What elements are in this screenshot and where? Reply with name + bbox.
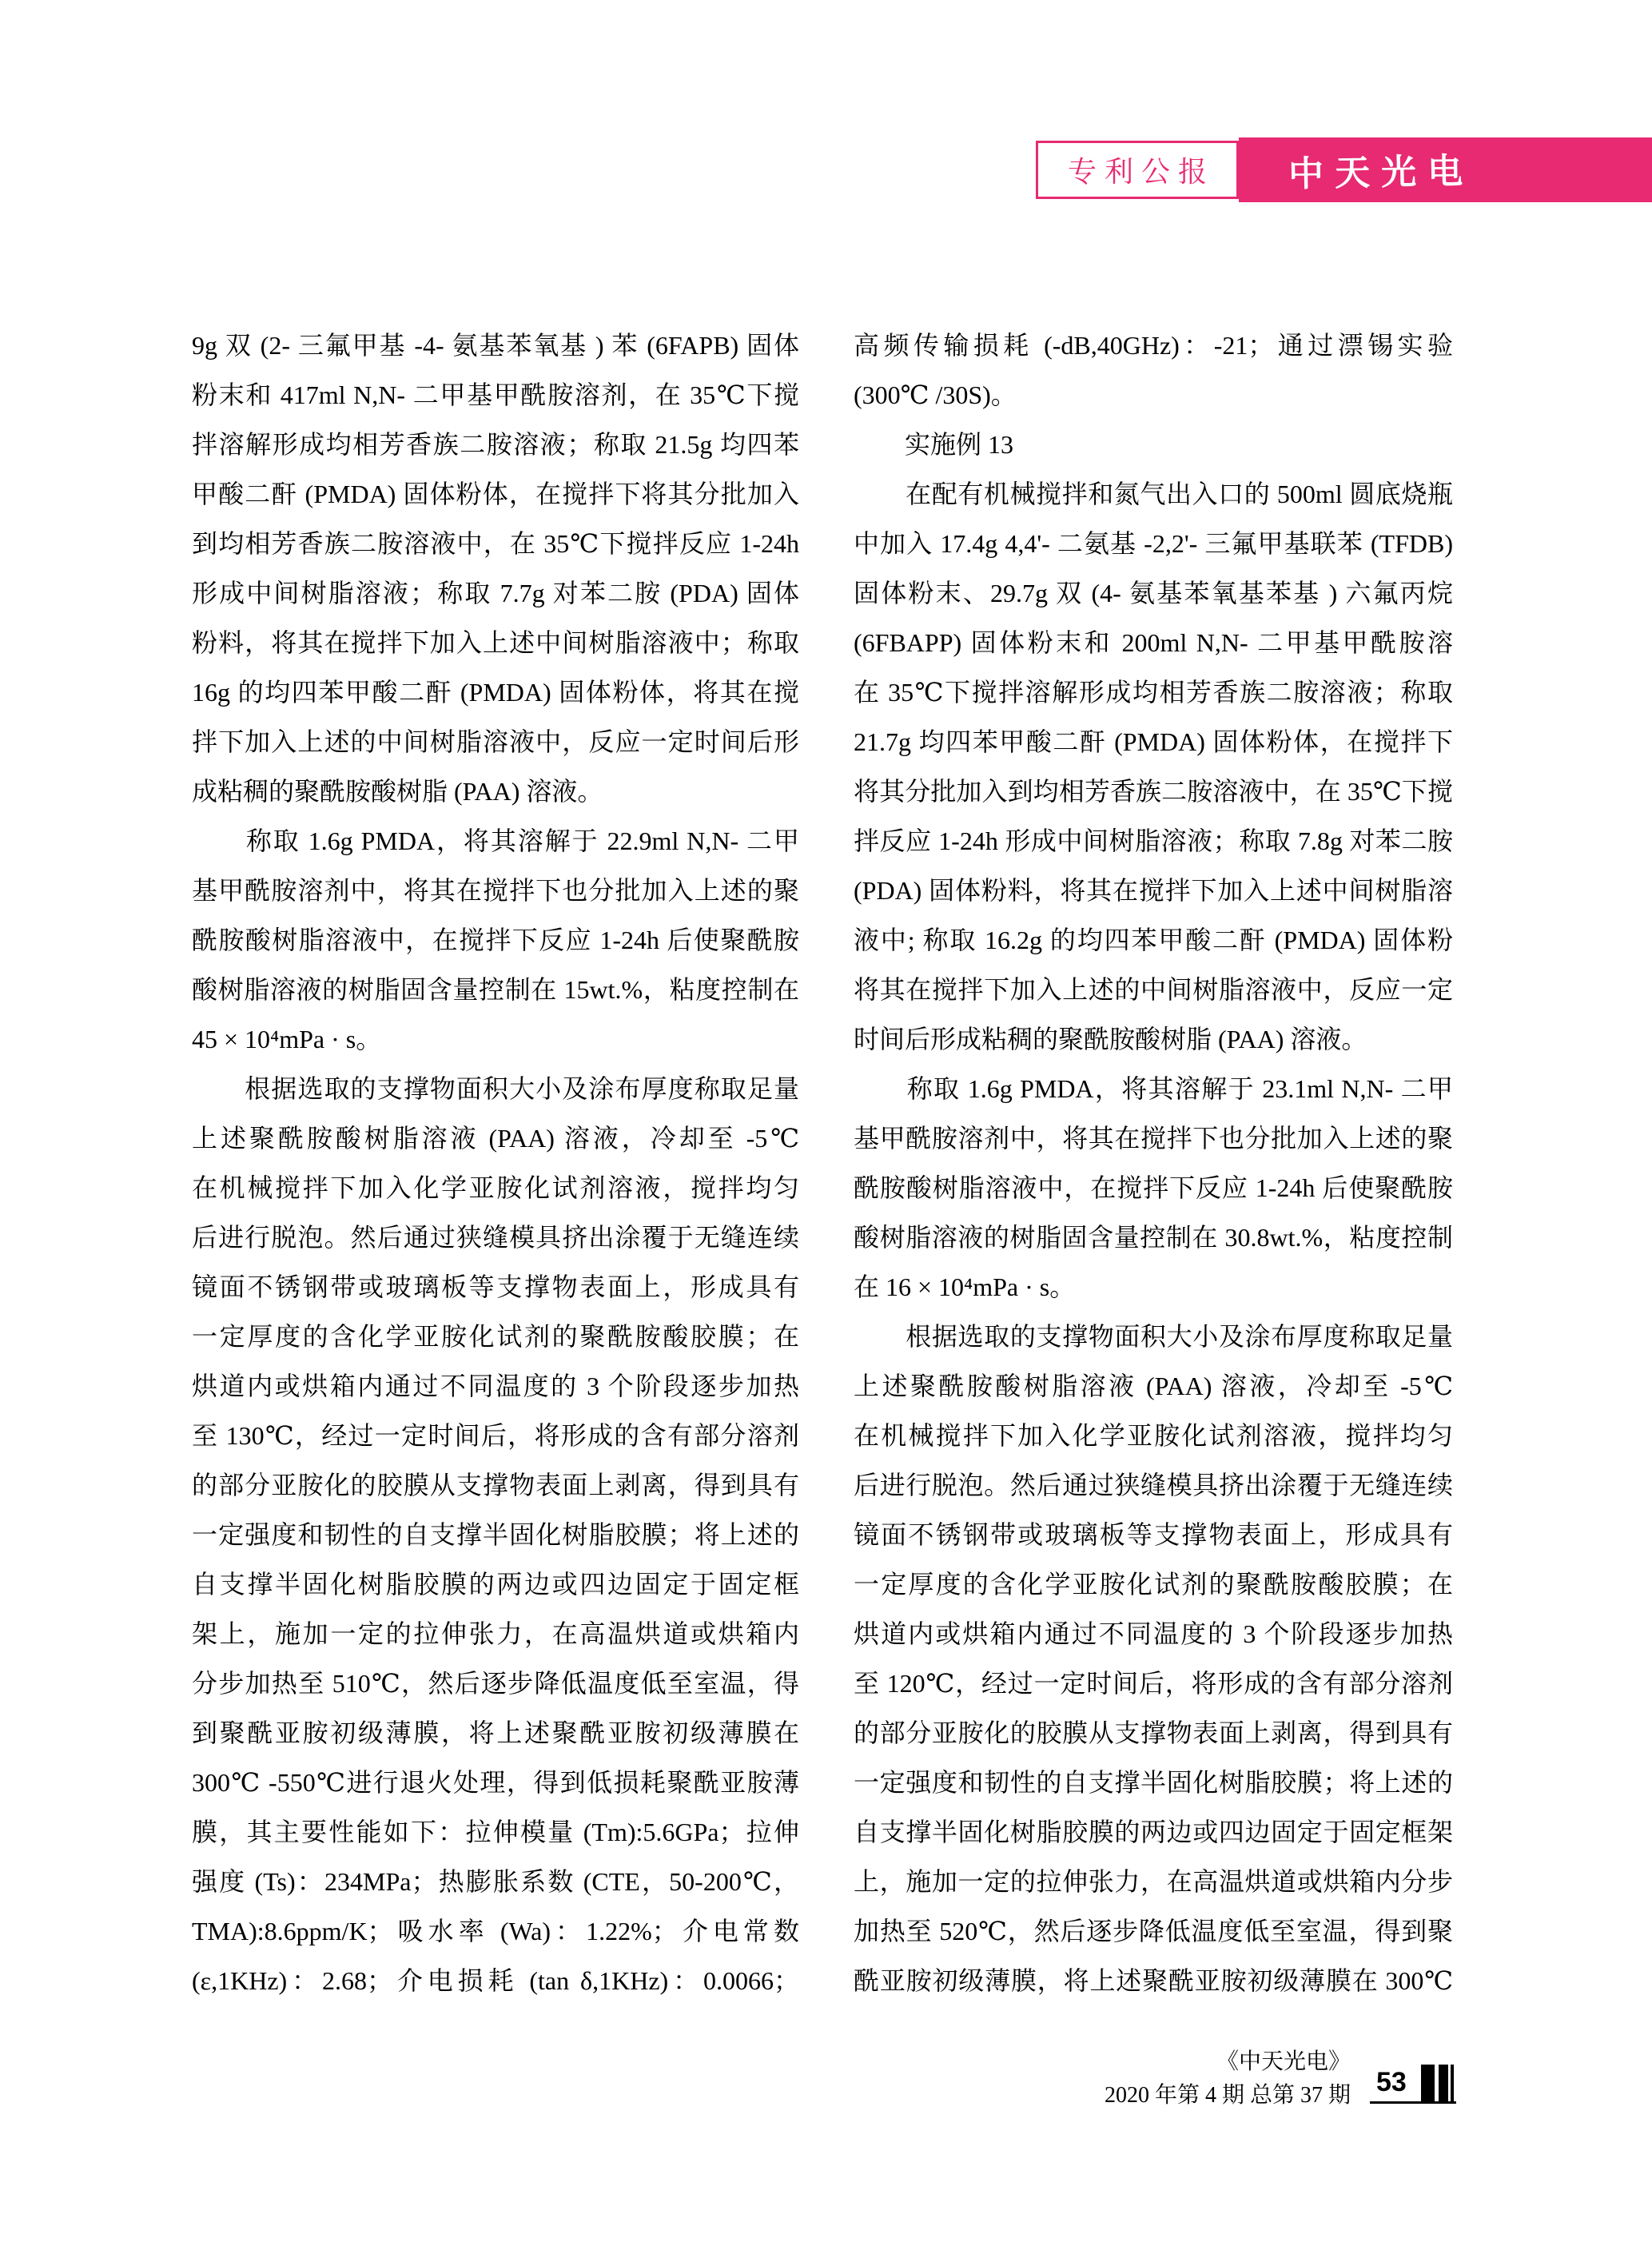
text-line: 的部分亚胺化的胶膜从支撑物表面上剥离，得到具有	[192, 1460, 799, 1510]
text-line: 自支撑半固化树脂胶膜的两边或四边固定于固定框架	[854, 1807, 1453, 1857]
text-line: 拌下加入上述的中间树脂溶液中，反应一定时间后形	[192, 717, 799, 767]
paragraph: 9g 双 (2- 三氟甲基 -4- 氨基苯氧基 ) 苯 (6FAPB) 固体粉末…	[192, 321, 799, 816]
text-line: 拌反应 1-24h 形成中间树脂溶液；称取 7.8g 对苯二胺	[854, 816, 1453, 866]
text-line: 称取 1.6g PMDA，将其溶解于 23.1ml N,N- 二甲	[854, 1064, 1453, 1113]
text-line: 分步加热至 510℃，然后逐步降低温度低至室温，得	[192, 1659, 799, 1708]
text-line: 根据选取的支撑物面积大小及涂布厚度称取足量	[854, 1312, 1453, 1361]
text-line: 酰胺酸树脂溶液中，在搅拌下反应 1-24h 后使聚酰胺	[854, 1163, 1453, 1213]
text-line: 在 35℃下搅拌溶解形成均相芳香族二胺溶液；称取	[854, 667, 1453, 717]
text-line: 粉末和 417ml N,N- 二甲基甲酰胺溶剂，在 35℃下搅	[192, 370, 799, 420]
right-column: 高频传输损耗 (-dB,40GHz)：-21；通过漂锡实验(300℃ /30S)…	[854, 321, 1453, 2005]
footer-bar-icon	[1451, 2065, 1454, 2101]
text-line: 16g 的均四苯甲酸二酐 (PMDA) 固体粉体，将其在搅	[192, 667, 799, 717]
brand-banner: 中天光电	[1239, 137, 1652, 202]
text-line: 酸树脂溶液的树脂固含量控制在 15wt.%，粘度控制在	[192, 965, 799, 1014]
text-line: 架上，施加一定的拉伸张力，在高温烘道或烘箱内	[192, 1609, 799, 1659]
text-line: 上述聚酰胺酸树脂溶液 (PAA) 溶液，冷却至 -5℃ ~5℃，	[854, 1361, 1453, 1411]
text-line: 根据选取的支撑物面积大小及涂布厚度称取足量	[192, 1064, 799, 1113]
gazette-tag-label: 专利公报	[1068, 149, 1215, 190]
text-line: 自支撑半固化树脂胶膜的两边或四边固定于固定框	[192, 1559, 799, 1609]
text-line: 固体粉末、29.7g 双 (4- 氨基苯氧基苯基 ) 六氟丙烷	[854, 568, 1453, 618]
paragraph: 根据选取的支撑物面积大小及涂布厚度称取足量上述聚酰胺酸树脂溶液 (PAA) 溶液…	[192, 1064, 799, 2005]
text-line: 强度 (Ts)：234MPa；热膨胀系数 (CTE，50-200℃，	[192, 1857, 799, 1906]
text-line: 甲酸二酐 (PMDA) 固体粉体，在搅拌下将其分批加入	[192, 469, 799, 519]
text-line: 镜面不锈钢带或玻璃板等支撑物表面上，形成具有	[192, 1262, 799, 1312]
text-line: 后进行脱泡。然后通过狭缝模具挤出涂覆于无缝连续	[854, 1460, 1453, 1510]
text-line: 镜面不锈钢带或玻璃板等支撑物表面上，形成具有	[854, 1510, 1453, 1559]
text-line: 在机械搅拌下加入化学亚胺化试剂溶液，搅拌均匀	[192, 1163, 799, 1213]
text-line: 膜，其主要性能如下：拉伸模量 (Tm):5.6GPa；拉伸	[192, 1807, 799, 1857]
paragraph: 根据选取的支撑物面积大小及涂布厚度称取足量上述聚酰胺酸树脂溶液 (PAA) 溶液…	[854, 1312, 1453, 2005]
text-line: (300℃ /30S)。	[854, 370, 1453, 420]
gazette-tag-box: 专利公报	[1036, 141, 1239, 199]
text-line: 酸树脂溶液的树脂固含量控制在 30.8wt.%，粘度控制	[854, 1213, 1453, 1262]
text-line: 到聚酰亚胺初级薄膜，将上述聚酰亚胺初级薄膜在	[192, 1708, 799, 1758]
text-line: (6FBAPP) 固体粉末和 200ml N,N- 二甲基甲酰胺溶剂，	[854, 618, 1453, 667]
text-line: 形成中间树脂溶液；称取 7.7g 对苯二胺 (PDA) 固体	[192, 568, 799, 618]
text-line: (PDA) 固体粉料，将其在搅拌下加入上述中间树脂溶	[854, 866, 1453, 915]
footer-bar-icon	[1421, 2065, 1435, 2101]
text-line: 至 120℃，经过一定时间后，将形成的含有部分溶剂	[854, 1659, 1453, 1708]
text-line: 一定厚度的含化学亚胺化试剂的聚酰胺酸胶膜；在	[854, 1559, 1453, 1609]
text-line: 一定厚度的含化学亚胺化试剂的聚酰胺酸胶膜；在	[192, 1312, 799, 1361]
text-line: 中加入 17.4g 4,4'- 二氨基 -2,2'- 三氟甲基联苯 (TFDB)	[854, 519, 1453, 568]
text-line: 在配有机械搅拌和氮气出入口的 500ml 圆底烧瓶	[854, 469, 1453, 519]
text-line: TMA):8.6ppm/K；吸水率 (Wa)：1.22%；介电常数	[192, 1906, 799, 1956]
text-line: 45 × 10⁴mPa · s。	[192, 1014, 799, 1064]
text-line: 到均相芳香族二胺溶液中，在 35℃下搅拌反应 1-24h	[192, 519, 799, 568]
text-line: 时间后形成粘稠的聚酰胺酸树脂 (PAA) 溶液。	[854, 1014, 1453, 1064]
text-line: 9g 双 (2- 三氟甲基 -4- 氨基苯氧基 ) 苯 (6FAPB) 固体	[192, 321, 799, 370]
text-line: 酰亚胺初级薄膜，将上述聚酰亚胺初级薄膜在 300℃ -	[854, 1956, 1453, 2005]
paragraph: 实施例 13	[854, 420, 1453, 469]
text-line: 拌溶解形成均相芳香族二胺溶液；称取 21.5g 均四苯	[192, 420, 799, 469]
text-line: 高频传输损耗 (-dB,40GHz)：-21；通过漂锡实验	[854, 321, 1453, 370]
footer-issue-info: 2020 年第 4 期 总第 37 期	[1105, 2082, 1351, 2109]
paragraph: 在配有机械搅拌和氮气出入口的 500ml 圆底烧瓶中加入 17.4g 4,4'-…	[854, 469, 1453, 1064]
text-line: 后进行脱泡。然后通过狭缝模具挤出涂覆于无缝连续	[192, 1213, 799, 1262]
text-line: 一定强度和韧性的自支撑半固化树脂胶膜；将上述的	[192, 1510, 799, 1559]
brand-logo: 中天光电	[1288, 141, 1474, 196]
text-line: 加热至 520℃，然后逐步降低温度低至室温，得到聚	[854, 1906, 1453, 1956]
patent-gazette-page: 专利公报 中天光电 9g 双 (2- 三氟甲基 -4- 氨基苯氧基 ) 苯 (6…	[0, 0, 1652, 2242]
text-line: 实施例 13	[854, 420, 1453, 469]
text-line: 液中; 称取 16.2g 的均四苯甲酸二酐 (PMDA) 固体粉体，	[854, 915, 1453, 965]
text-line: 称取 1.6g PMDA，将其溶解于 22.9ml N,N- 二甲	[192, 816, 799, 866]
text-line: 在机械搅拌下加入化学亚胺化试剂溶液，搅拌均匀	[854, 1411, 1453, 1460]
page-number: 53	[1376, 2067, 1407, 2098]
text-line: 上，施加一定的拉伸张力，在高温烘道或烘箱内分步	[854, 1857, 1453, 1906]
text-line: 酰胺酸树脂溶液中，在搅拌下反应 1-24h 后使聚酰胺	[192, 915, 799, 965]
paragraph: 称取 1.6g PMDA，将其溶解于 23.1ml N,N- 二甲基甲酰胺溶剂中…	[854, 1064, 1453, 1312]
text-line: 300℃ -550℃进行退火处理，得到低损耗聚酰亚胺薄	[192, 1758, 799, 1807]
text-line: 将其分批加入到均相芳香族二胺溶液中，在 35℃下搅	[854, 767, 1453, 816]
text-line: 粉料，将其在搅拌下加入上述中间树脂溶液中；称取	[192, 618, 799, 667]
text-line: 上述聚酰胺酸树脂溶液 (PAA) 溶液，冷却至 -5℃ ~5℃，	[192, 1113, 799, 1163]
text-line: 在 16 × 10⁴mPa · s。	[854, 1262, 1453, 1312]
text-line: 至 130℃，经过一定时间后，将形成的含有部分溶剂	[192, 1411, 799, 1460]
text-line: 烘道内或烘箱内通过不同温度的 3 个阶段逐步加热	[192, 1361, 799, 1411]
text-line: 21.7g 均四苯甲酸二酐 (PMDA) 固体粉体，在搅拌下	[854, 717, 1453, 767]
text-line: 成粘稠的聚酰胺酸树脂 (PAA) 溶液。	[192, 767, 799, 816]
left-column: 9g 双 (2- 三氟甲基 -4- 氨基苯氧基 ) 苯 (6FAPB) 固体粉末…	[192, 321, 799, 2005]
text-line: 的部分亚胺化的胶膜从支撑物表面上剥离，得到具有	[854, 1708, 1453, 1758]
text-line: (ε,1KHz)：2.68；介电损耗 (tan δ,1KHz)：0.0066；	[192, 1956, 799, 2005]
text-line: 基甲酰胺溶剂中，将其在搅拌下也分批加入上述的聚	[192, 866, 799, 915]
paragraph: 称取 1.6g PMDA，将其溶解于 22.9ml N,N- 二甲基甲酰胺溶剂中…	[192, 816, 799, 1064]
text-line: 将其在搅拌下加入上述的中间树脂溶液中，反应一定	[854, 965, 1453, 1014]
text-line: 一定强度和韧性的自支撑半固化树脂胶膜；将上述的	[854, 1758, 1453, 1807]
footer-bar-icon	[1439, 2065, 1448, 2101]
footer-journal-title: 《中天光电》	[1216, 2049, 1351, 2076]
paragraph: 高频传输损耗 (-dB,40GHz)：-21；通过漂锡实验(300℃ /30S)…	[854, 321, 1453, 420]
page-number-rule	[1370, 2101, 1456, 2104]
text-line: 烘道内或烘箱内通过不同温度的 3 个阶段逐步加热	[854, 1609, 1453, 1659]
text-line: 基甲酰胺溶剂中，将其在搅拌下也分批加入上述的聚	[854, 1113, 1453, 1163]
